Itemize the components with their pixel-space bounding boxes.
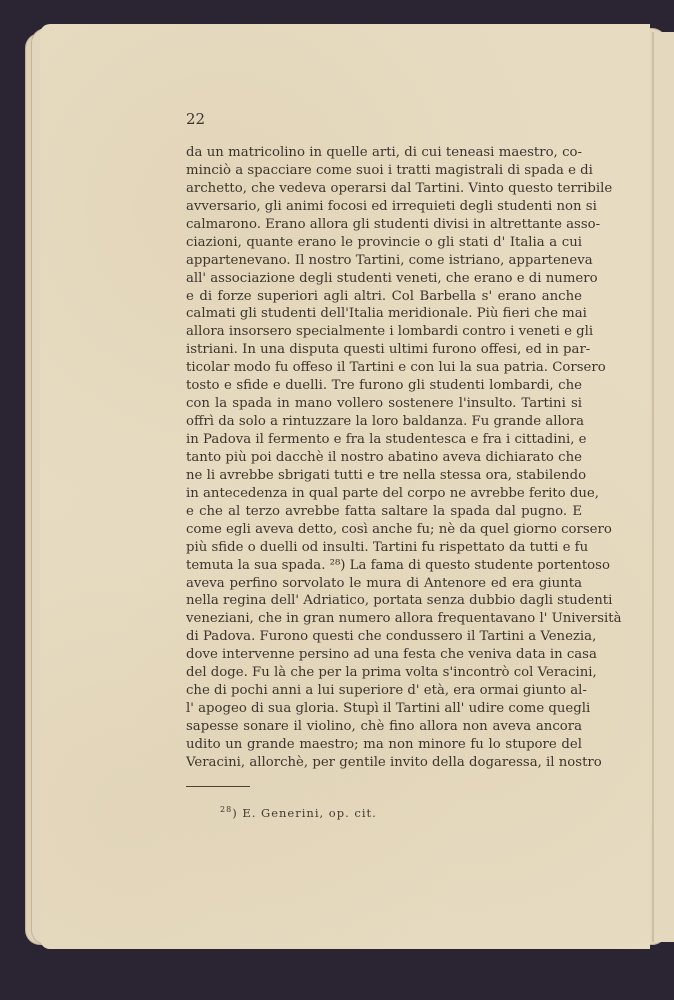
text-line: aveva perfino sorvolato le mura di Anten… — [186, 575, 582, 593]
text-line: minciò a spacciare come suoi i tratti ma… — [186, 162, 582, 180]
text-line: da un matricolino in quelle arti, di cui… — [186, 144, 582, 162]
text-line: appartenevano. Il nostro Tartini, come i… — [186, 252, 582, 270]
text-line: in Padova il fermento e fra la studentes… — [186, 431, 582, 449]
text-line: avversario, gli animi focosi ed irrequie… — [186, 198, 582, 216]
text-line: Veracini, allorchè, per gentile invito d… — [186, 754, 582, 772]
footnote-text: ) E. Generini, op. cit. — [232, 806, 377, 820]
text-line: dove intervenne persino ad una festa che… — [186, 646, 582, 664]
footnote: 28) E. Generini, op. cit. — [220, 805, 377, 820]
footnote-rule — [186, 786, 250, 787]
text-line: calmati gli studenti dell'Italia meridio… — [186, 305, 582, 323]
text-line: del doge. Fu là che per la prima volta s… — [186, 664, 582, 682]
page-number: 22 — [186, 110, 205, 128]
text-line: istriani. In una disputa questi ultimi f… — [186, 341, 582, 359]
text-line: di Padova. Furono questi che condussero … — [186, 628, 582, 646]
text-line: con la spada in mano vollero sostenere l… — [186, 395, 582, 413]
text-line: offrì da solo a rintuzzare la loro balda… — [186, 413, 582, 431]
text-line: veneziani, che in gran numero allora fre… — [186, 610, 582, 628]
text-line: ciazioni, quante erano le provincie o gl… — [186, 234, 582, 252]
text-line: nella regina dell' Adriatico, portata se… — [186, 592, 582, 610]
facing-page-edge — [652, 32, 674, 942]
text-line: udito un grande maestro; ma non minore f… — [186, 736, 582, 754]
text-line: come egli aveva detto, così anche fu; nè… — [186, 521, 582, 539]
text-line: ticolar modo fu offeso il Tartini e con … — [186, 359, 582, 377]
text-line: in antecedenza in qual parte del corpo n… — [186, 485, 582, 503]
text-line: che di pochi anni a lui superiore d' età… — [186, 682, 582, 700]
text-line: ne li avrebbe sbrigati tutti e tre nella… — [186, 467, 582, 485]
text-line: calmarono. Erano allora gli studenti div… — [186, 216, 582, 234]
text-line: archetto, che vedeva operarsi dal Tartin… — [186, 180, 582, 198]
text-line: e di forze superiori agli altri. Col Bar… — [186, 288, 582, 306]
text-line: l' apogeo di sua gloria. Stupì il Tartin… — [186, 700, 582, 718]
body-text: da un matricolino in quelle arti, di cui… — [186, 144, 582, 772]
text-line: sapesse sonare il violino, chè fino allo… — [186, 718, 582, 736]
text-line: tanto più poi dacchè il nostro abatino a… — [186, 449, 582, 467]
text-line: e che al terzo avrebbe fatta saltare la … — [186, 503, 582, 521]
footnote-marker: 28 — [220, 805, 232, 814]
text-line: temuta la sua spada. ²⁸) La fama di ques… — [186, 557, 582, 575]
text-line: più sfide o duelli od insulti. Tartini f… — [186, 539, 582, 557]
text-line: tosto e sfide e duelli. Tre furono gli s… — [186, 377, 582, 395]
text-line: all' associazione degli studenti veneti,… — [186, 270, 582, 288]
text-line: allora insorsero specialmente i lombardi… — [186, 323, 582, 341]
